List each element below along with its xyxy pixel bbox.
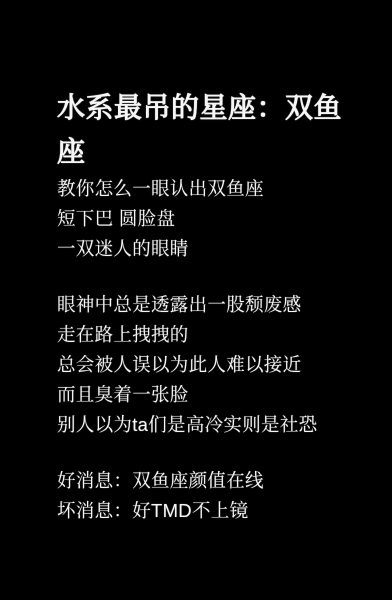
- description-line: 而且臭着一张脸: [57, 380, 346, 410]
- intro-section: 教你怎么一眼认出双鱼座 短下巴 圆脸盘 一双迷人的眼睛: [57, 174, 346, 264]
- description-line: 眼神中总是透露出一股颓废感: [57, 290, 346, 320]
- conclusion-line-good-news: 好消息：双鱼座颜值在线: [57, 466, 346, 496]
- post-title: 水系最吊的星座：双鱼座: [57, 86, 346, 174]
- description-line: 别人以为ta们是高冷实则是社恐: [57, 410, 346, 440]
- intro-line: 教你怎么一眼认出双鱼座: [57, 174, 346, 204]
- conclusion-section: 好消息：双鱼座颜值在线 坏消息：好TMD不上镜: [57, 466, 346, 526]
- intro-line: 一双迷人的眼睛: [57, 234, 346, 264]
- post-card: 水系最吊的星座：双鱼座 教你怎么一眼认出双鱼座 短下巴 圆脸盘 一双迷人的眼睛 …: [0, 0, 392, 600]
- conclusion-line-bad-news: 坏消息：好TMD不上镜: [57, 496, 346, 526]
- description-section: 眼神中总是透露出一股颓废感 走在路上拽拽的 总会被人误以为此人难以接近 而且臭着…: [57, 290, 346, 440]
- description-line: 总会被人误以为此人难以接近: [57, 350, 346, 380]
- description-line: 走在路上拽拽的: [57, 320, 346, 350]
- intro-line: 短下巴 圆脸盘: [57, 204, 346, 234]
